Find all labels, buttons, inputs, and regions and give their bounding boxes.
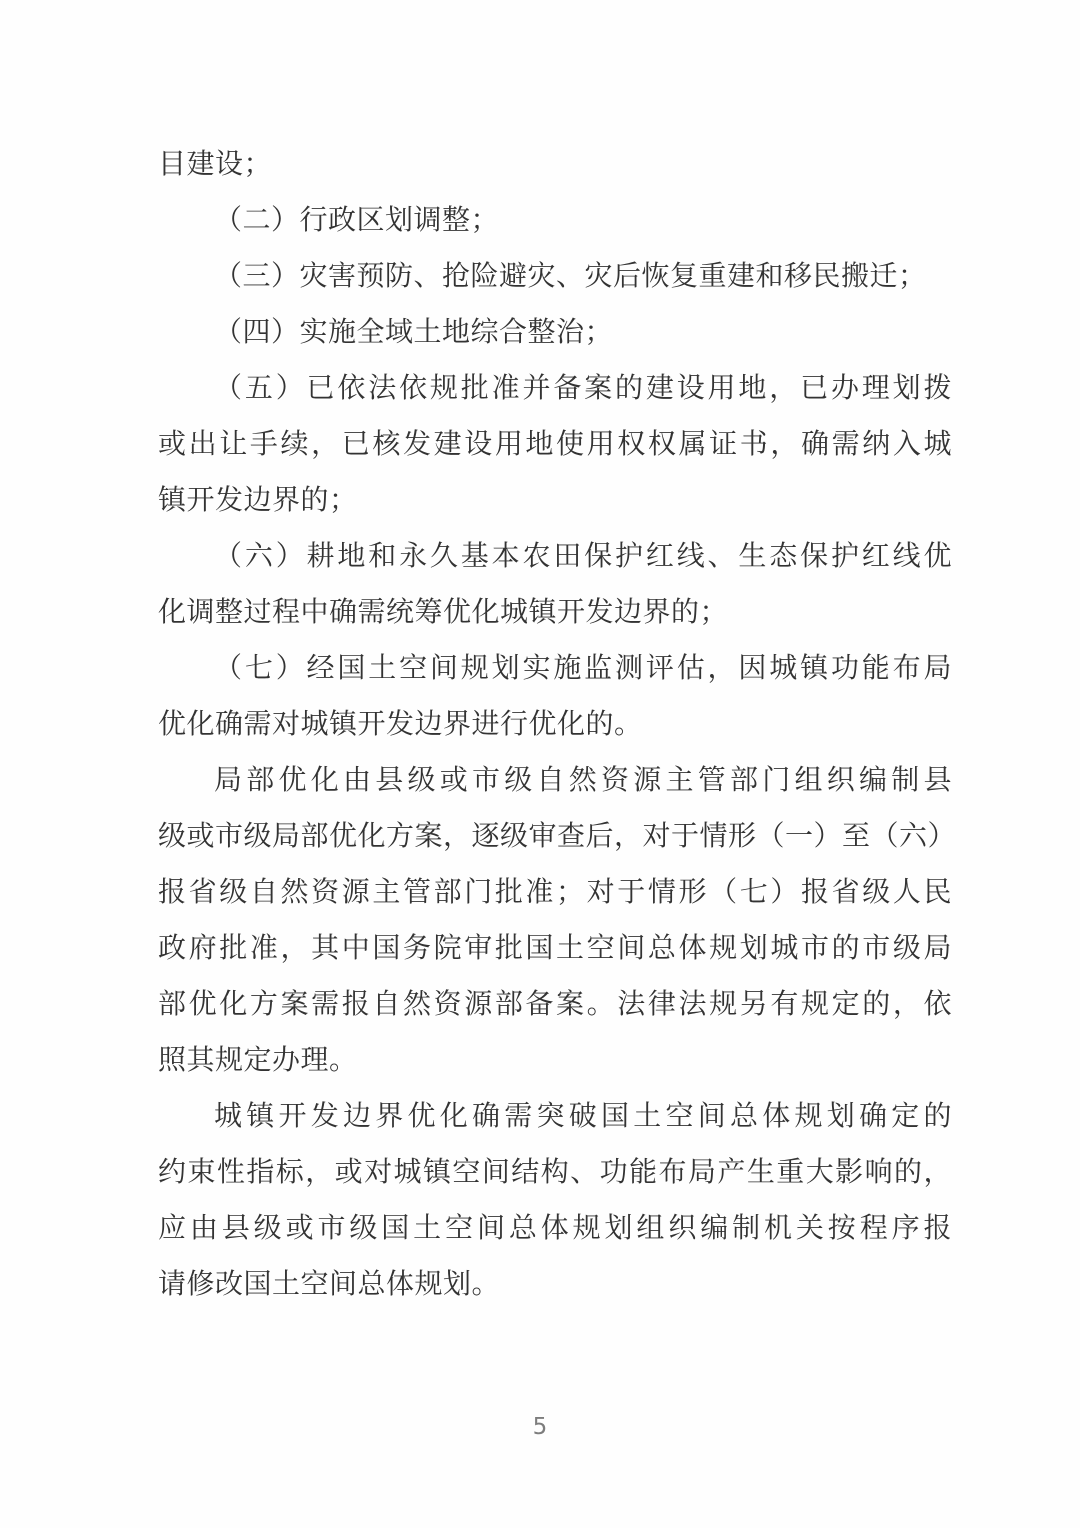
document-line: 约束性指标，或对城镇空间结构、功能布局产生重大影响的， — [158, 1145, 952, 1201]
document-line: 城镇开发边界优化确需突破国土空间总体规划确定的 — [158, 1089, 952, 1145]
page-number: 5 — [0, 1412, 1080, 1442]
document-line: 化调整过程中确需统筹优化城镇开发边界的； — [158, 585, 952, 641]
document-line: （七）经国土空间规划实施监测评估，因城镇功能布局 — [158, 641, 952, 697]
document-line: 报省级自然资源主管部门批准；对于情形（七）报省级人民 — [158, 865, 952, 921]
document-line: 请修改国土空间总体规划。 — [158, 1257, 952, 1313]
document-line: 局部优化由县级或市级自然资源主管部门组织编制县 — [158, 753, 952, 809]
document-line: 政府批准，其中国务院审批国土空间总体规划城市的市级局 — [158, 921, 952, 977]
document-page: 目建设；（二）行政区划调整；（三）灾害预防、抢险避灾、灾后恢复重建和移民搬迁；（… — [0, 0, 1080, 1528]
document-body: 目建设；（二）行政区划调整；（三）灾害预防、抢险避灾、灾后恢复重建和移民搬迁；（… — [158, 137, 952, 1313]
document-line: （三）灾害预防、抢险避灾、灾后恢复重建和移民搬迁； — [158, 249, 952, 305]
document-line: （五）已依法依规批准并备案的建设用地，已办理划拨 — [158, 361, 952, 417]
document-line: 优化确需对城镇开发边界进行优化的。 — [158, 697, 952, 753]
document-line: （二）行政区划调整； — [158, 193, 952, 249]
document-line: （六）耕地和永久基本农田保护红线、生态保护红线优 — [158, 529, 952, 585]
document-line: 应由县级或市级国土空间总体规划组织编制机关按程序报 — [158, 1201, 952, 1257]
document-line: 目建设； — [158, 137, 952, 193]
document-line: 级或市级局部优化方案，逐级审查后，对于情形（一）至（六） — [158, 809, 952, 865]
document-line: 部优化方案需报自然资源部备案。法律法规另有规定的，依 — [158, 977, 952, 1033]
document-line: 镇开发边界的； — [158, 473, 952, 529]
document-line: （四）实施全域土地综合整治； — [158, 305, 952, 361]
document-line: 或出让手续，已核发建设用地使用权权属证书，确需纳入城 — [158, 417, 952, 473]
document-line: 照其规定办理。 — [158, 1033, 952, 1089]
